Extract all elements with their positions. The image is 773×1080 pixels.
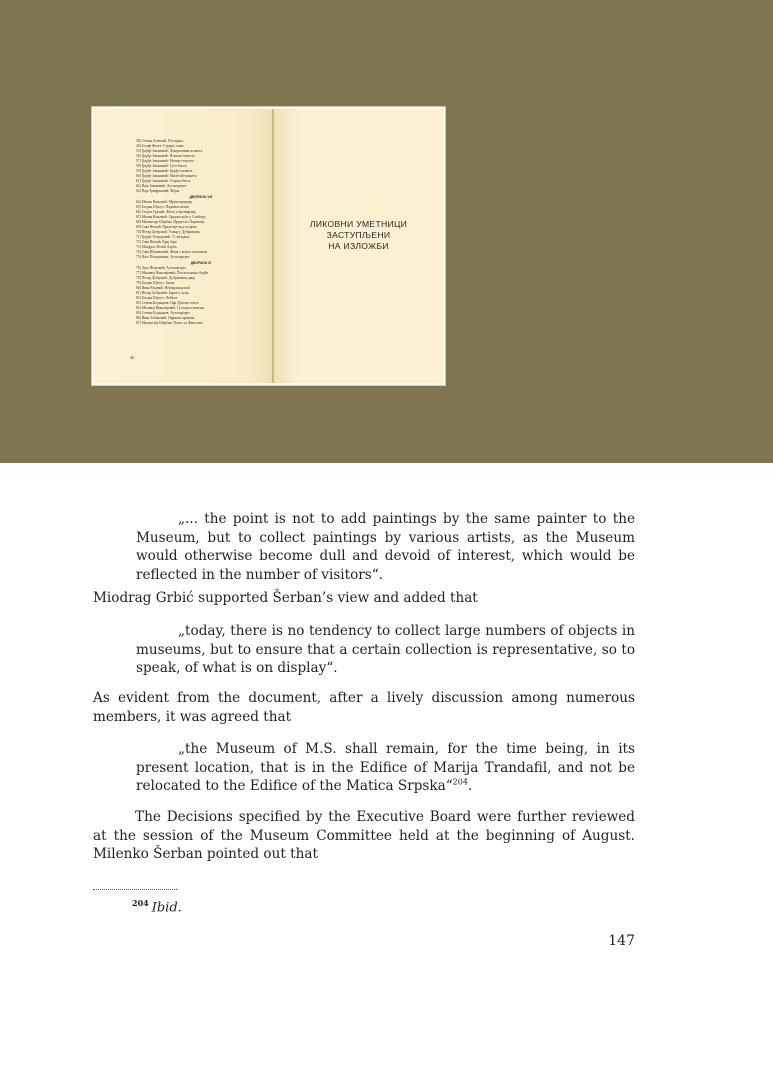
footnote-text: Ibid.	[152, 900, 182, 915]
footnote-ref[interactable]: 204	[453, 777, 468, 786]
catalogue-right-page: ЛИКОВНИ УМЕТНИЦИ ЗАСТУПЉЕНИ НА ИЗЛОЖБИ	[274, 109, 443, 383]
scan-page-number: 26	[130, 355, 134, 360]
footnote: 204Ibid.	[132, 898, 182, 915]
hall-heading: ДВОРАНА IX	[136, 261, 266, 266]
exhibit-entry: 63) Паја Трифуновић: Мајка	[136, 189, 266, 194]
paragraph: As evident from the document, after a li…	[93, 689, 635, 726]
exhibit-list: 38) Стеван Алексић: Растајање34) Јосиф Ф…	[136, 139, 266, 326]
page-number: 147	[600, 933, 635, 949]
paragraph: Miodrag Grbić supported Šerban’s view an…	[93, 589, 635, 608]
exhibit-entry: 75) Васа Поморишац: Аутопортрет	[136, 255, 266, 260]
exhibit-entry: 87) Милентије Шербан: Палео из Фенесака	[136, 321, 266, 326]
catalogue-left-page: 38) Стеван Алексић: Растајање34) Јосиф Ф…	[94, 109, 272, 383]
paragraph: The Decisions specified by the Executive…	[93, 808, 635, 864]
block-quote: „... the point is not to add paintings b…	[136, 510, 635, 584]
footnote-separator	[93, 889, 177, 890]
catalogue-scan-image: 38) Стеван Алексић: Растајање34) Јосиф Ф…	[92, 107, 445, 385]
block-quote: „today, there is no tendency to collect …	[136, 622, 635, 678]
block-quote: „the Museum of M.S. shall remain, for th…	[136, 740, 635, 796]
section-title: ЛИКОВНИ УМЕТНИЦИ ЗАСТУПЉЕНИ НА ИЗЛОЖБИ	[274, 219, 443, 252]
footnote-number: 204	[132, 898, 149, 908]
hall-heading: ДВОРАНА VIII	[136, 195, 266, 200]
